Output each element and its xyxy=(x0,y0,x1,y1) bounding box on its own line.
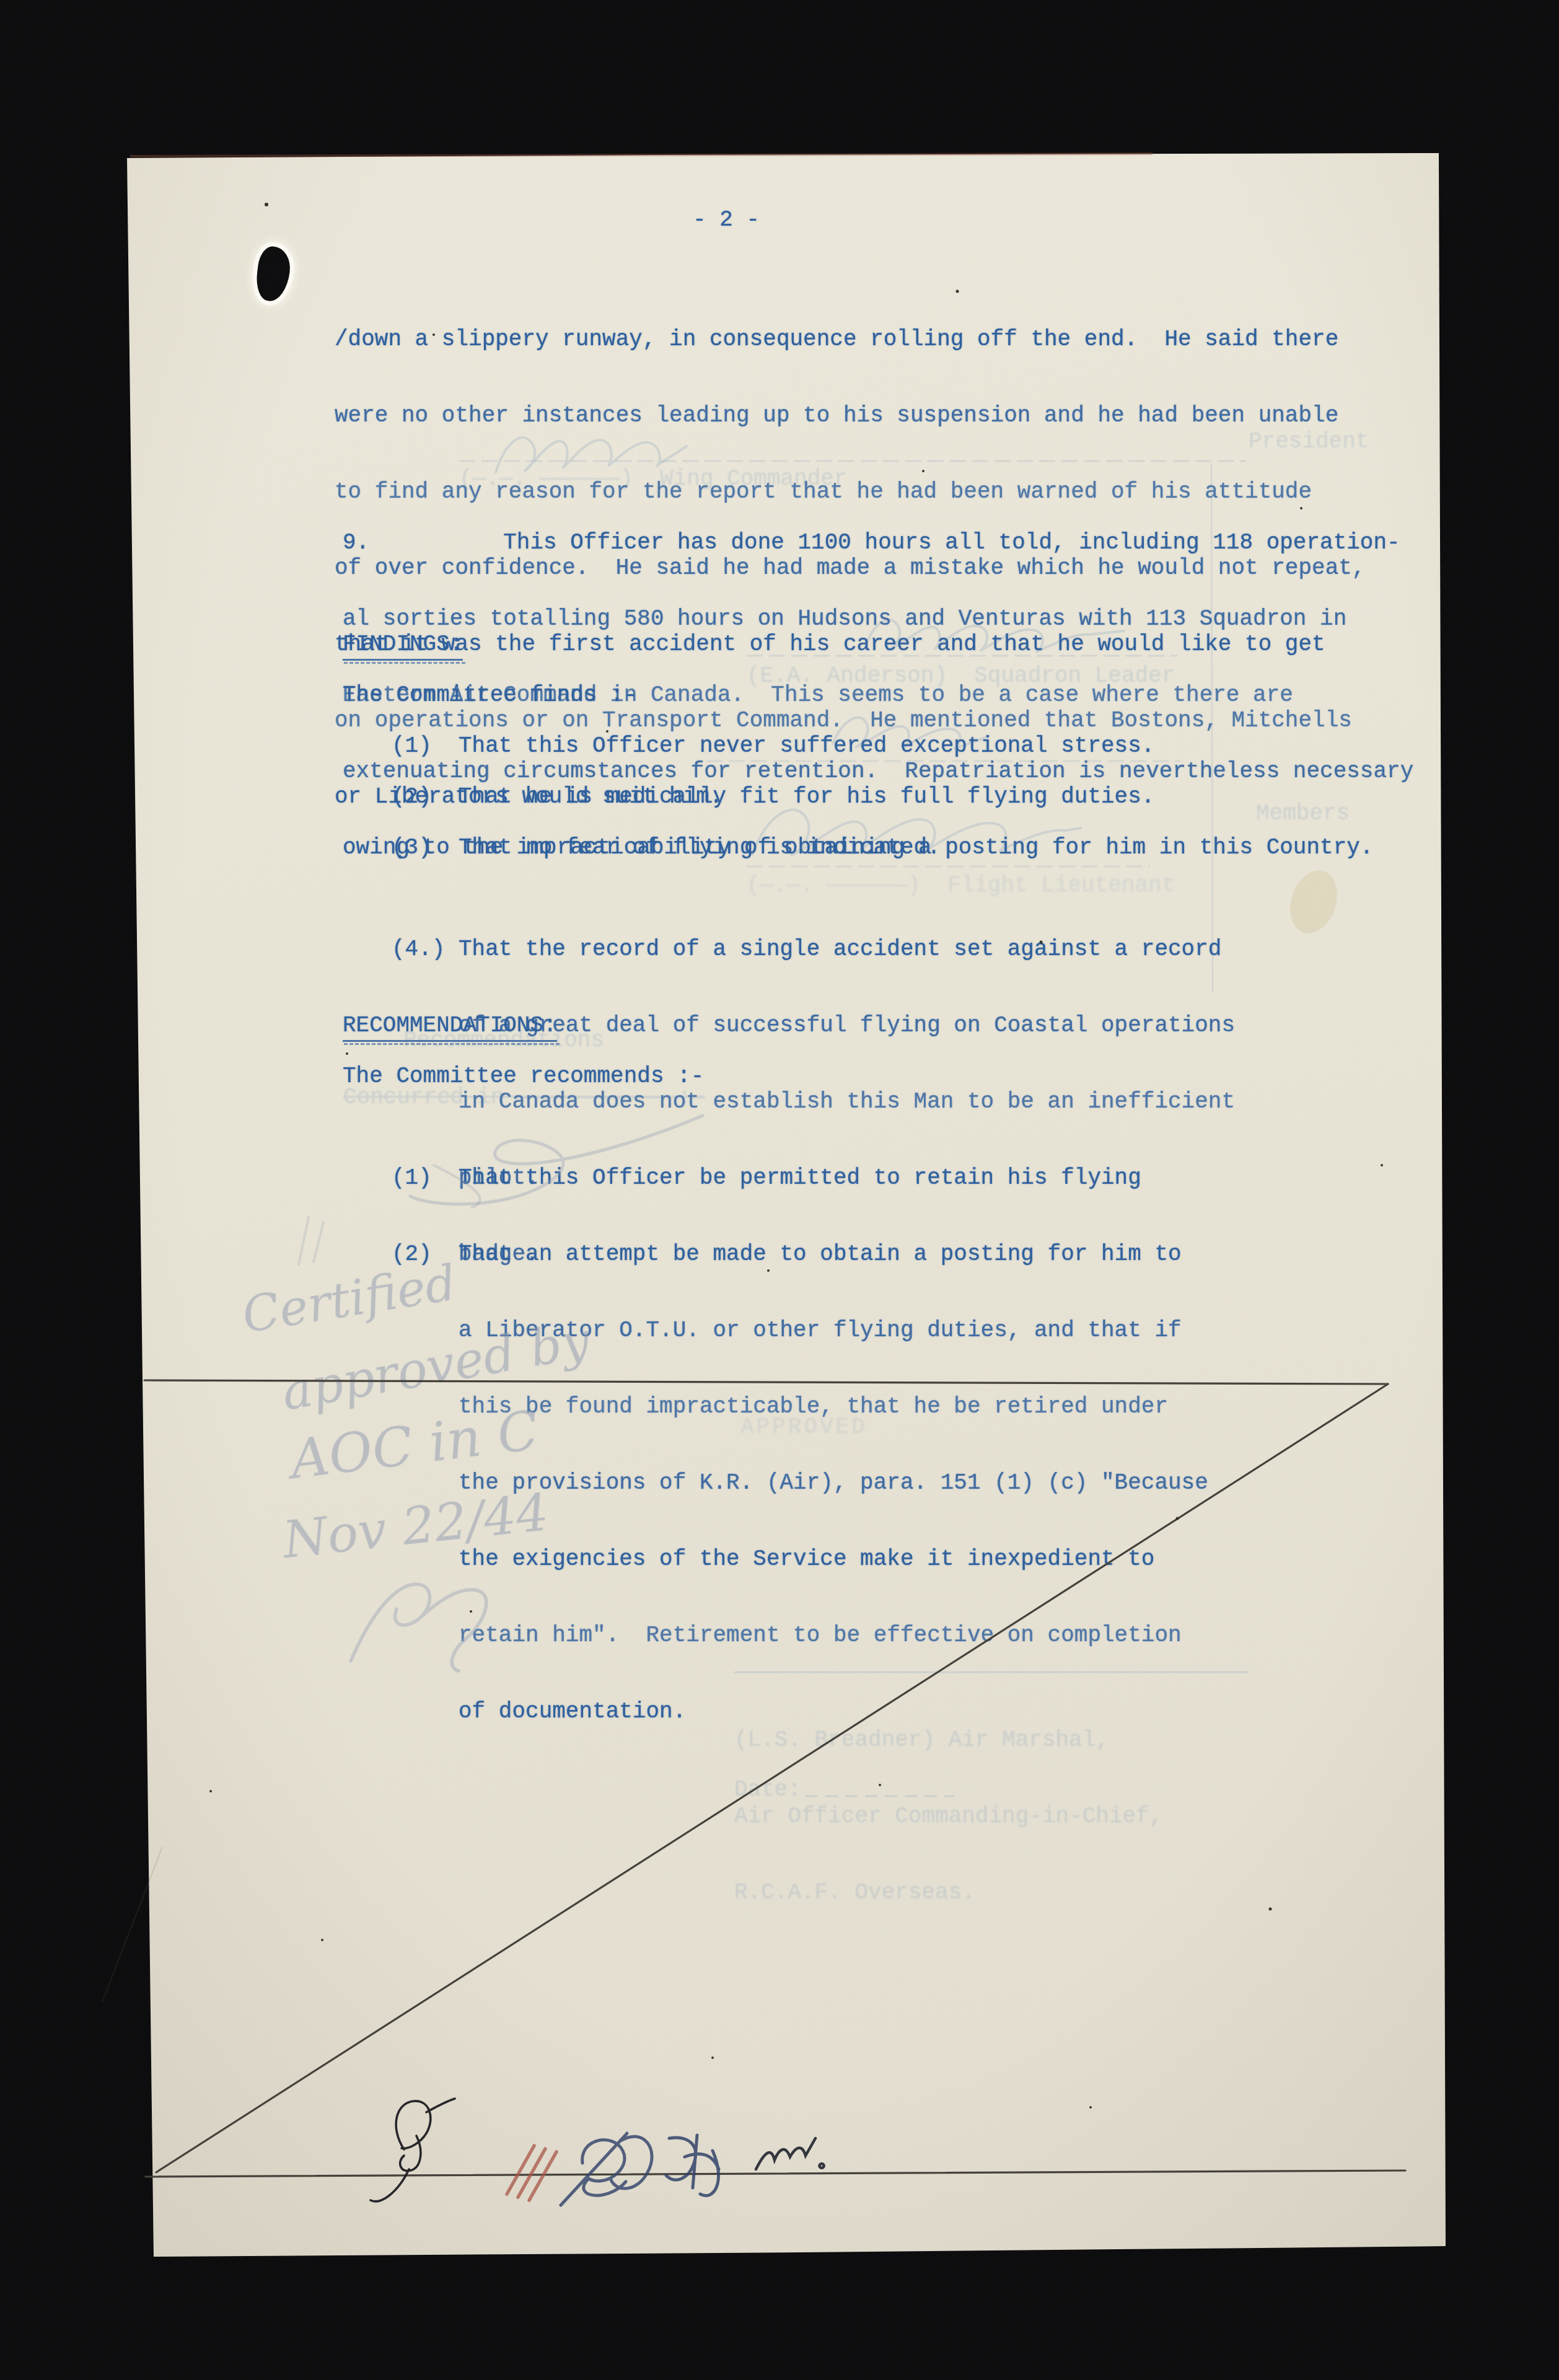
typed-line: retain him". Retirement to be effective … xyxy=(392,1623,1208,1648)
ghost-squadron-leader-line: (E.A. Anderson) Squadron Leader xyxy=(747,663,1175,689)
typed-line: (1) That this Officer be permitted to re… xyxy=(392,1165,1141,1191)
typed-line: al sorties totalling 580 hours on Hudson… xyxy=(343,606,1413,632)
typed-line: were no other instances leading up to hi… xyxy=(335,403,1365,428)
typed-line: the exigencies of the Service make it in… xyxy=(392,1546,1208,1572)
ghost-concurred-line: Concurred in ——————————— :— xyxy=(343,1085,705,1110)
ghost-approved-stamp: APPROVED xyxy=(740,1414,867,1440)
scanned-document-page: - 2 - /down a slippery runway, in conseq… xyxy=(0,0,1559,2380)
finding-item-1: (1) That this Officer never suffered exc… xyxy=(392,733,1154,759)
ghost-flight-lieutenant-line: (—.—. ——————) Flight Lieutenant xyxy=(747,873,1175,898)
ghost-line: R.C.A.F. Overseas. xyxy=(734,1880,1162,1905)
ghost-date-label: Date: xyxy=(734,1777,801,1802)
ghost-president-label: President xyxy=(1249,429,1369,454)
ghost-line: Air Officer Commanding-in-Chief, xyxy=(734,1804,1162,1829)
typed-line: (4.) That the record of a single acciden… xyxy=(392,937,1235,962)
findings-heading: FINDINGS: xyxy=(343,632,463,661)
paper-sheet: - 2 - /down a slippery runway, in conseq… xyxy=(0,0,1559,2380)
finding-item-3: (3) That no fear of flying is indicated. xyxy=(392,835,941,860)
ghost-wing-commander-line: (—.—. ——————) Wing Commander xyxy=(459,466,848,491)
typed-line: extenuating circumstances for retention.… xyxy=(343,759,1413,784)
ghost-signatory-block: (L.S. Breadner) Air Marshal, Air Officer… xyxy=(734,1677,1162,1956)
typed-line: (2) That an attempt be made to obtain a … xyxy=(392,1241,1208,1267)
findings-intro: The Committee finds :- xyxy=(343,682,637,708)
ghost-recommendations-echo: Recommendations xyxy=(403,1028,604,1053)
ghost-members-label: Members xyxy=(1256,801,1350,826)
finding-item-2: (2) That he is medically fit for his ful… xyxy=(392,784,1154,809)
ghost-line: (L.S. Breadner) Air Marshal, xyxy=(734,1727,1162,1753)
typed-line: /down a slippery runway, in consequence … xyxy=(335,327,1365,352)
typed-line: 9. This Officer has done 1100 hours all … xyxy=(343,530,1413,555)
page-number: - 2 - xyxy=(693,207,760,232)
